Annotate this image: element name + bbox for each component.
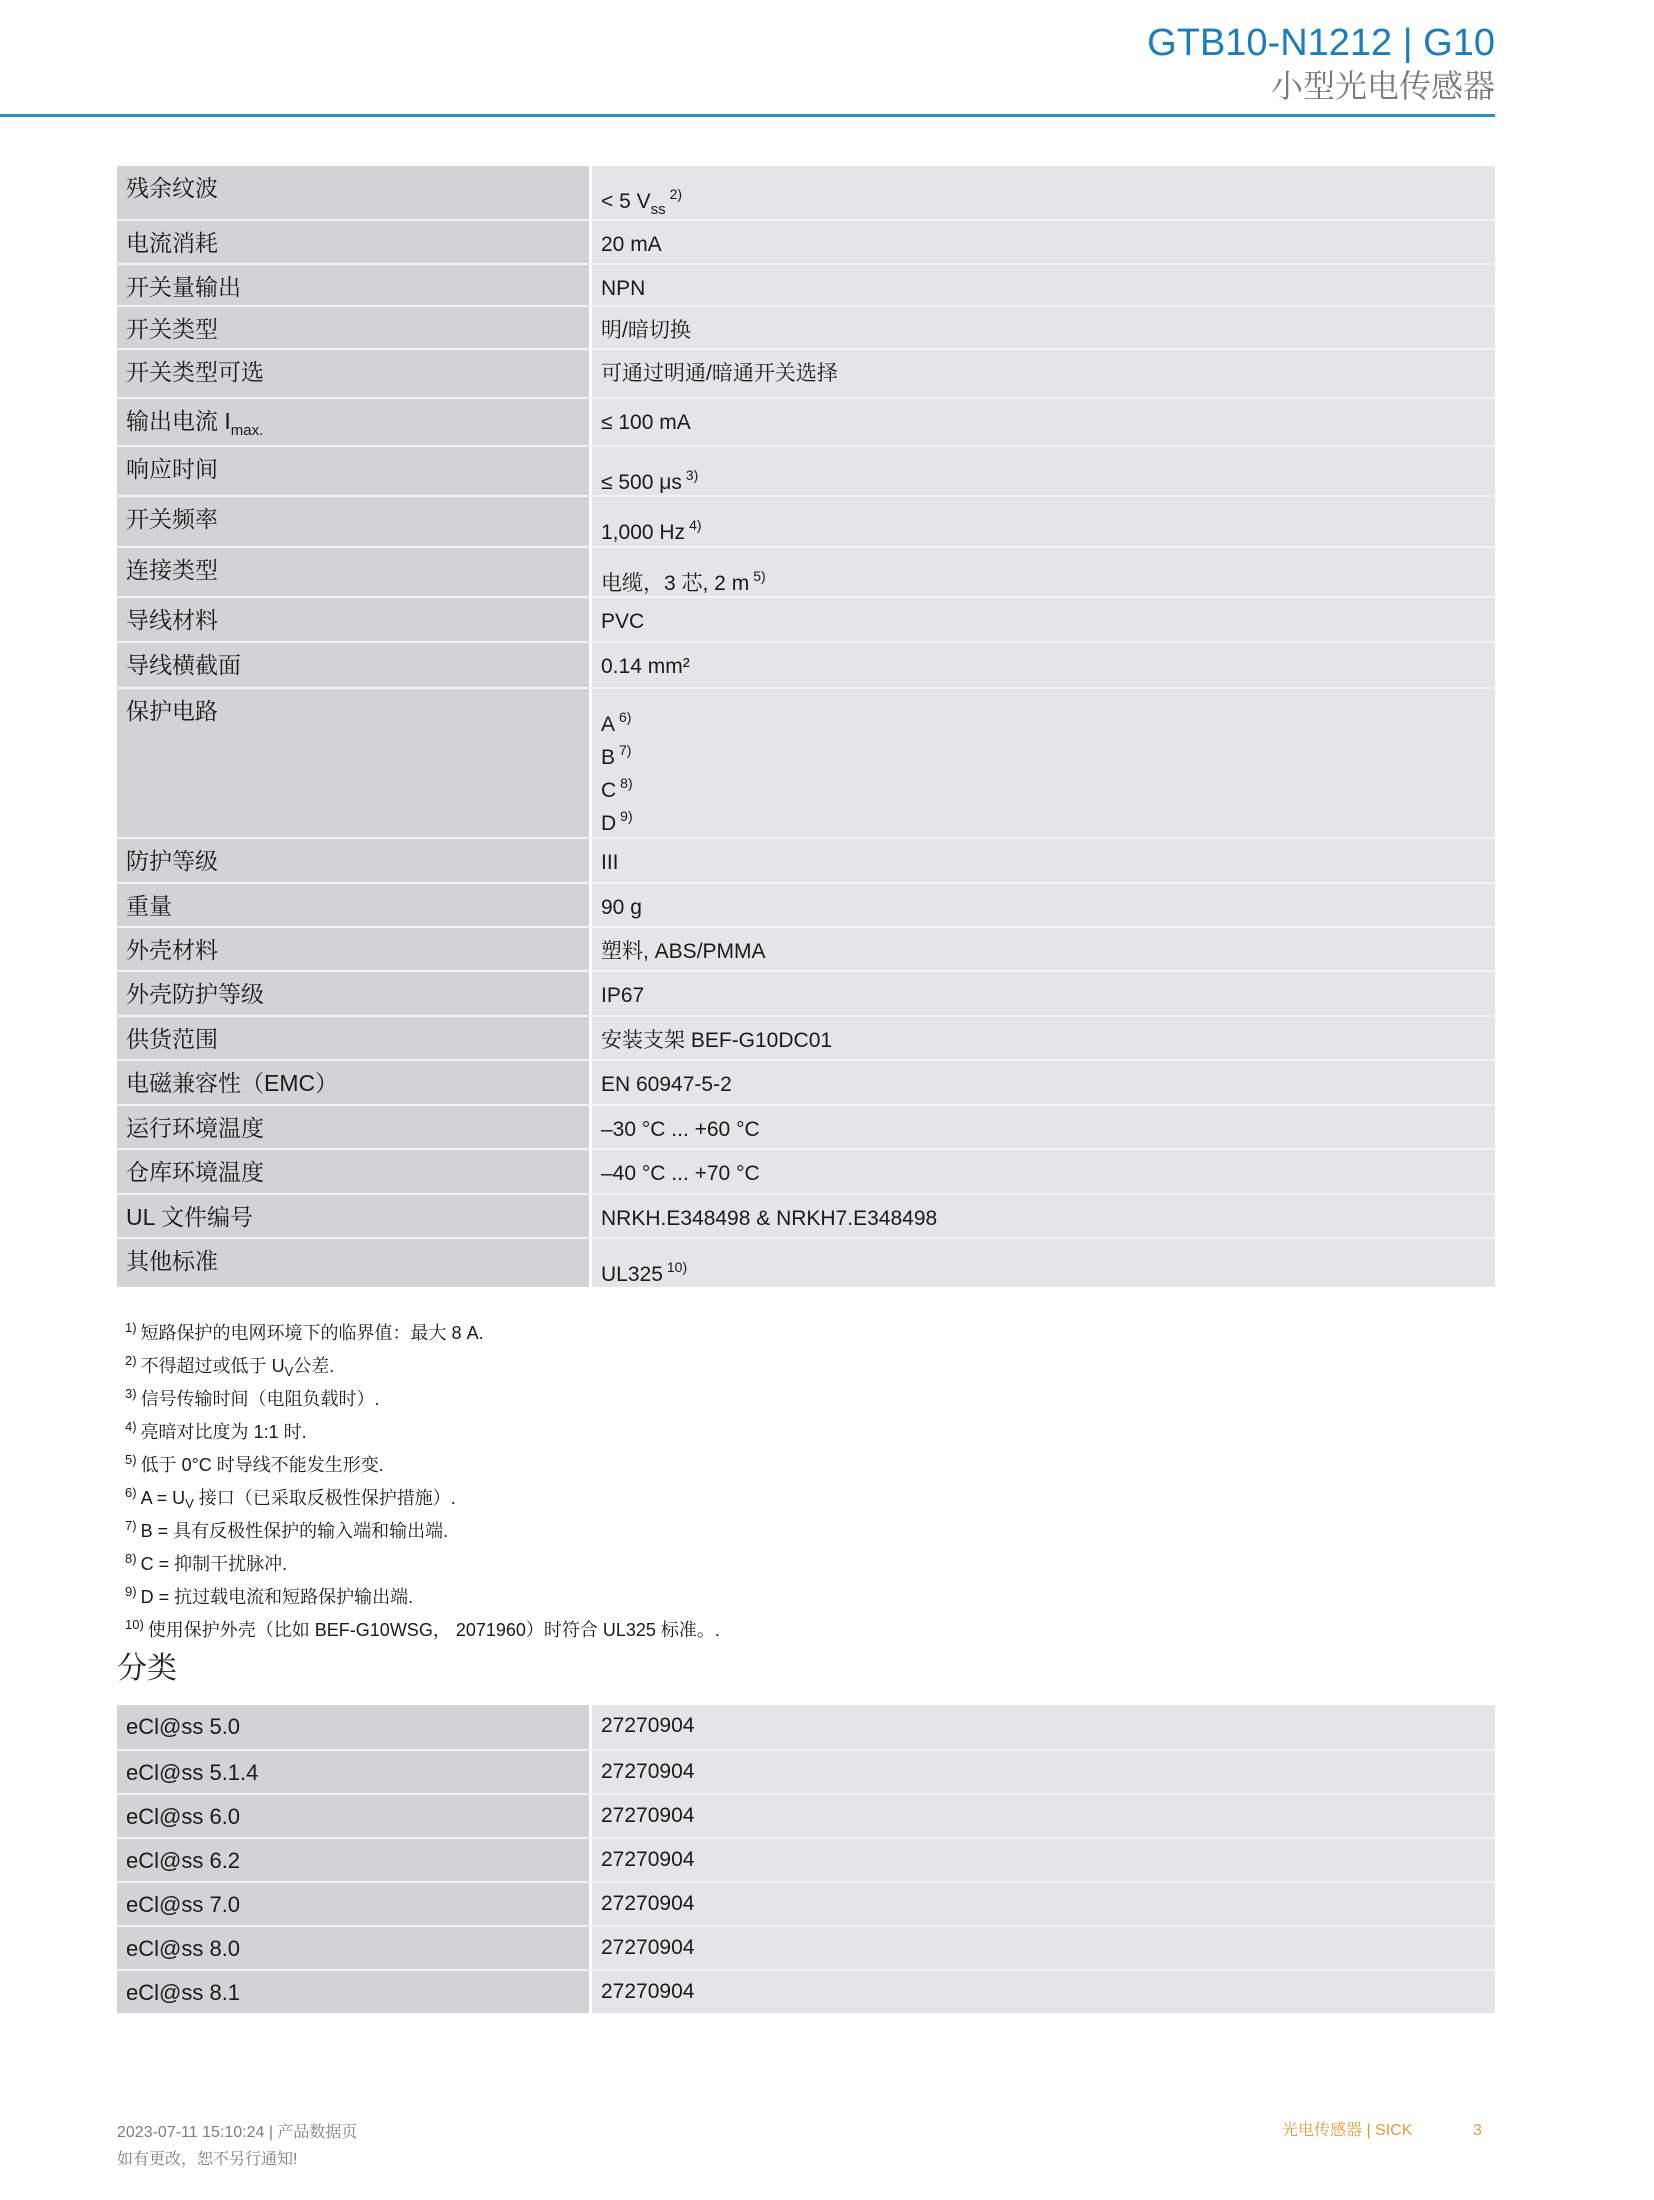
spec-row: 保护电路A6)B7)C8)D9) [117,687,1495,837]
spec-value: IP67 [592,972,1495,1015]
classification-row: eCl@ss 6.027270904 [117,1793,1495,1837]
footnote: 9)D = 抗过载电流和短路保护输出端. [125,1575,720,1608]
spec-value: 安装支架 BEF-G10DC01 [592,1017,1495,1059]
classification-label: eCl@ss 6.0 [117,1795,589,1837]
classification-row: eCl@ss 8.127270904 [117,1969,1495,2013]
spec-value-text: NPN [601,277,645,300]
spec-value-text: D [601,812,616,835]
footnote-ref: 3) [686,467,698,483]
spec-row: 连接类型电缆，3 芯, 2 m5) [117,546,1495,596]
classification-value: 27270904 [592,1971,1495,2013]
spec-label-text: 运行环境温度 [126,1115,264,1141]
footnote: 4)亮暗对比度为 1:1 时. [125,1410,720,1443]
footnote: 2)不得超过或低于 UV公差. [125,1344,720,1377]
spec-value: < 5 Vss2) [592,166,1495,219]
classification-label: eCl@ss 7.0 [117,1883,589,1925]
spec-label: 重量 [117,884,589,926]
spec-value: 0.14 mm² [592,643,1495,687]
spec-value-text: NRKH.E348498 & NRKH7.E348498 [601,1207,937,1230]
footnotes: 1)短路保护的电网环境下的临界值：最大 8 A.2)不得超过或低于 UV公差.3… [125,1311,720,1641]
spec-value-line: D9) [601,800,1495,833]
footnote-number: 1) [125,1320,137,1335]
spec-label: 外壳材料 [117,928,589,970]
spec-value-text: –40 °C ... +70 °C [601,1162,760,1185]
spec-label-text: 电磁兼容性（EMC） [126,1070,338,1096]
classification-row: eCl@ss 5.027270904 [117,1705,1495,1749]
footnote-ref: 10) [667,1259,687,1275]
spec-label-text: 供货范围 [126,1026,218,1052]
classification-value: 27270904 [592,1839,1495,1881]
spec-label-text: 导线横截面 [126,652,241,678]
spec-table: 残余纹波< 5 Vss2)电流消耗20 mA开关量输出NPN开关类型明/暗切换开… [117,166,1495,1287]
spec-label: 仓库环境温度 [117,1150,589,1193]
spec-row: 外壳防护等级IP67 [117,970,1495,1015]
spec-value-text: B [601,746,615,769]
spec-value: –30 °C ... +60 °C [592,1106,1495,1148]
spec-value-text: UL325 [601,1263,663,1286]
spec-value-line: A6) [601,701,1495,734]
spec-value: EN 60947-5-2 [592,1061,1495,1104]
classification-row: eCl@ss 6.227270904 [117,1837,1495,1881]
spec-label-subscript: max. [231,422,264,439]
spec-row: 重量90 g [117,882,1495,926]
footnote-text: 不得超过或低于 U [141,1356,285,1376]
spec-label-text: 输出电流 I [126,408,231,434]
footer-page-number: 3 [1473,2119,1482,2143]
spec-row: UL 文件编号NRKH.E348498 & NRKH7.E348498 [117,1193,1495,1237]
footer-left: 2023-07-11 15:10:24 | 产品数据页 如有更改，恕不另行通知! [117,2119,357,2173]
classification-value: 27270904 [592,1927,1495,1969]
footnote-text: 接口（已采取反极性保护措施）. [194,1488,456,1508]
spec-row: 开关类型可选可通过明通/暗通开关选择 [117,348,1495,397]
footnote: 7)B = 具有反极性保护的输入端和输出端. [125,1509,720,1542]
spec-label: 开关类型 [117,307,589,348]
spec-value-text: 塑料, ABS/PMMA [601,940,766,963]
footnote-ref: 6) [619,709,631,725]
spec-value: 塑料, ABS/PMMA [592,928,1495,970]
footnote-number: 4) [125,1419,137,1434]
spec-value-text: 安装支架 BEF-G10DC01 [601,1029,832,1052]
footnote-number: 2) [125,1353,137,1368]
spec-label-text: 开关类型 [126,316,218,342]
spec-value: ≤ 100 mA [592,399,1495,445]
spec-label: 开关频率 [117,497,589,546]
spec-row: 电流消耗20 mA [117,219,1495,263]
spec-label: 输出电流 Imax. [117,399,589,445]
classification-value: 27270904 [592,1751,1495,1793]
classification-value: 27270904 [592,1795,1495,1837]
footnote-text: D = 抗过载电流和短路保护输出端. [141,1587,414,1607]
spec-value: PVC [592,598,1495,641]
footnote-text: 短路保护的电网环境下的临界值：最大 8 A. [141,1323,484,1343]
spec-label: 响应时间 [117,447,589,495]
footnote: 6)A = UV 接口（已采取反极性保护措施）. [125,1476,720,1509]
spec-value-text: III [601,851,619,874]
spec-row: 外壳材料塑料, ABS/PMMA [117,926,1495,970]
footnote-ref: 2) [670,186,682,202]
spec-row: 供货范围安装支架 BEF-G10DC01 [117,1015,1495,1059]
spec-row: 导线横截面0.14 mm² [117,641,1495,687]
classification-value: 27270904 [592,1705,1495,1749]
footnote-ref: 7) [619,742,631,758]
classification-table: eCl@ss 5.027270904eCl@ss 5.1.427270904eC… [117,1705,1495,2013]
header-subtitle: 小型光电传感器 [1271,66,1495,106]
classification-value: 27270904 [592,1883,1495,1925]
spec-label-text: 外壳防护等级 [126,981,264,1007]
footer-disclaimer: 如有更改，恕不另行通知! [117,2146,357,2173]
spec-row: 输出电流 Imax.≤ 100 mA [117,397,1495,445]
spec-value-text: IP67 [601,984,644,1007]
spec-label-text: 响应时间 [126,456,218,482]
footnote-number: 6) [125,1485,137,1500]
spec-value-text: PVC [601,610,644,633]
spec-value: ≤ 500 μs3) [592,447,1495,495]
spec-value: 可通过明通/暗通开关选择 [592,350,1495,397]
footnote: 3)信号传输时间（电阻负载时）. [125,1377,720,1410]
spec-value-text: ≤ 500 μs [601,471,682,494]
footnote: 8)C = 抑制干扰脉冲. [125,1542,720,1575]
spec-value: 明/暗切换 [592,307,1495,348]
spec-row: 开关频率1,000 Hz4) [117,495,1495,546]
spec-value-text: 1,000 Hz [601,521,685,544]
spec-label-text: 电流消耗 [126,230,218,256]
spec-label: 供货范围 [117,1017,589,1059]
spec-value: UL32510) [592,1239,1495,1287]
footnote-text: 低于 0°C 时导线不能发生形变. [141,1455,384,1475]
spec-row: 防护等级III [117,837,1495,882]
spec-label-text: 保护电路 [126,698,218,724]
footnote-number: 5) [125,1452,137,1467]
spec-value: NRKH.E348498 & NRKH7.E348498 [592,1195,1495,1237]
spec-value-text: –30 °C ... +60 °C [601,1118,760,1141]
footnote-number: 7) [125,1518,137,1533]
classification-label: eCl@ss 6.2 [117,1839,589,1881]
footnote-text: 亮暗对比度为 1:1 时. [141,1422,307,1442]
footnote-text: 公差. [293,1356,334,1376]
footnote-ref: 9) [620,808,632,824]
spec-row: 开关量输出NPN [117,263,1495,305]
spec-row: 仓库环境温度–40 °C ... +70 °C [117,1148,1495,1193]
spec-value: 20 mA [592,221,1495,263]
spec-label-text: 重量 [126,893,172,919]
spec-value-text: < 5 V [601,190,651,213]
spec-label-text: 残余纹波 [126,175,218,201]
classification-label: eCl@ss 5.0 [117,1705,589,1749]
footnote-text: 使用保护外壳（比如 BEF-G10WSG， 2071960）时符合 UL325 … [148,1620,720,1640]
spec-label-text: 仓库环境温度 [126,1159,264,1185]
spec-label-text: 外壳材料 [126,937,218,963]
spec-value: III [592,839,1495,882]
spec-value-subscript: ss [651,201,666,218]
spec-label-text: 连接类型 [126,557,218,583]
spec-label: 其他标准 [117,1239,589,1287]
spec-value: 90 g [592,884,1495,926]
spec-label-text: UL 文件编号 [126,1204,253,1230]
footnote-text: 信号传输时间（电阻负载时）. [141,1389,380,1409]
spec-label-text: 导线材料 [126,607,218,633]
classification-row: eCl@ss 7.027270904 [117,1881,1495,1925]
spec-label-text: 防护等级 [126,848,218,874]
classification-label: eCl@ss 8.1 [117,1971,589,2013]
spec-row: 开关类型明/暗切换 [117,305,1495,348]
spec-value: 电缆，3 芯, 2 m5) [592,548,1495,596]
footnote-number: 8) [125,1551,137,1566]
footnote-text: A = U [141,1488,186,1508]
spec-row: 其他标准UL32510) [117,1237,1495,1287]
spec-label: 开关类型可选 [117,350,589,397]
spec-value: –40 °C ... +70 °C [592,1150,1495,1193]
spec-label: 连接类型 [117,548,589,596]
spec-value-text: 电缆，3 芯, 2 m [601,572,749,595]
spec-row: 运行环境温度–30 °C ... +60 °C [117,1104,1495,1148]
footnote-number: 9) [125,1584,137,1599]
spec-label: 导线横截面 [117,643,589,687]
classification-row: eCl@ss 8.027270904 [117,1925,1495,1969]
footer-timestamp: 2023-07-11 15:10:24 | 产品数据页 [117,2119,357,2146]
footnote-text: B = 具有反极性保护的输入端和输出端. [141,1521,449,1541]
spec-value-text: A [601,713,615,736]
spec-label: 电流消耗 [117,221,589,263]
spec-row: 残余纹波< 5 Vss2) [117,166,1495,219]
spec-label-text: 开关量输出 [126,274,241,300]
spec-row: 电磁兼容性（EMC）EN 60947-5-2 [117,1059,1495,1104]
spec-label: 导线材料 [117,598,589,641]
spec-value-text: 20 mA [601,233,662,256]
footnote-ref: 4) [689,517,701,533]
footnote: 1)短路保护的电网环境下的临界值：最大 8 A. [125,1311,720,1344]
classification-row: eCl@ss 5.1.427270904 [117,1749,1495,1793]
footnote: 10)使用保护外壳（比如 BEF-G10WSG， 2071960）时符合 UL3… [125,1608,720,1641]
footnote-ref: 8) [620,775,632,791]
spec-value: NPN [592,265,1495,305]
spec-label: 外壳防护等级 [117,972,589,1015]
footnote-number: 3) [125,1386,137,1401]
spec-label-text: 开关类型可选 [126,359,264,385]
footnote-number: 10) [125,1617,144,1632]
footnote-ref: 5) [753,568,765,584]
spec-value-text: 0.14 mm² [601,655,690,678]
spec-value-text: 90 g [601,896,642,919]
classification-label: eCl@ss 5.1.4 [117,1751,589,1793]
spec-value-text: 明/暗切换 [601,319,691,342]
spec-value-text: C [601,779,616,802]
spec-row: 导线材料PVC [117,596,1495,641]
footnote: 5)低于 0°C 时导线不能发生形变. [125,1443,720,1476]
spec-value-text: ≤ 100 mA [601,411,691,434]
spec-label-text: 其他标准 [126,1248,218,1274]
spec-label-text: 开关频率 [126,506,218,532]
spec-label: UL 文件编号 [117,1195,589,1237]
header-title: GTB10-N1212 | G10 [1147,20,1495,66]
spec-value: A6)B7)C8)D9) [592,689,1495,837]
footer-brand: 光电传感器 | SICK [1282,2119,1412,2143]
spec-value: 1,000 Hz4) [592,497,1495,546]
spec-row: 响应时间≤ 500 μs3) [117,445,1495,495]
spec-label: 防护等级 [117,839,589,882]
spec-value-line: B7) [601,734,1495,767]
classification-label: eCl@ss 8.0 [117,1927,589,1969]
spec-value-text: EN 60947-5-2 [601,1073,732,1096]
spec-label: 运行环境温度 [117,1106,589,1148]
spec-label: 保护电路 [117,689,589,837]
spec-label: 开关量输出 [117,265,589,305]
footnote-text: C = 抑制干扰脉冲. [141,1554,288,1574]
spec-label: 残余纹波 [117,166,589,219]
spec-value-line: C8) [601,767,1495,800]
classification-title: 分类 [117,1650,177,1688]
spec-value-text: 可通过明通/暗通开关选择 [601,362,838,385]
header-divider [0,114,1495,117]
spec-label: 电磁兼容性（EMC） [117,1061,589,1104]
